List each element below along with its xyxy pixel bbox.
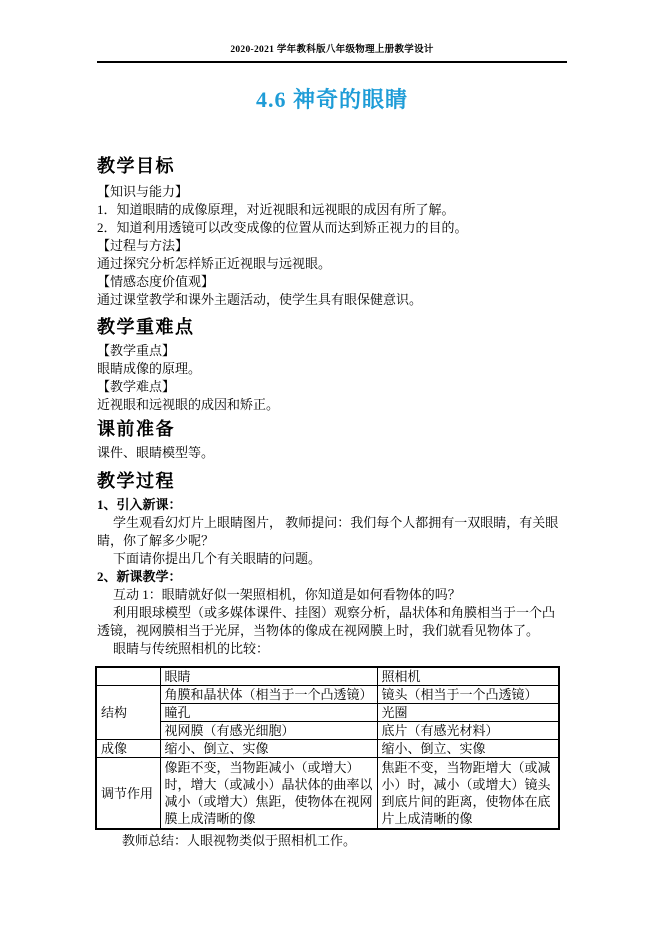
text-line: 眼睛与传统照相机的比较：: [97, 640, 567, 658]
table-cell: 光圈: [377, 704, 559, 722]
text-line: 【教学重点】: [97, 342, 567, 360]
text-line: 睛，你了解多少呢？: [97, 532, 567, 550]
table-cell: 瞳孔: [160, 704, 377, 722]
process-step-label: 2、新课教学：: [97, 568, 567, 586]
table-cell: 视网膜（有感光细胞）: [160, 722, 377, 740]
document-title: 4.6 神奇的眼睛: [97, 86, 567, 114]
text-line: 互动 1：眼睛就好似一架照相机，你知道是如何看物体的吗？: [97, 586, 567, 604]
table-cell: 底片（有感光材料）: [377, 722, 559, 740]
document-content: 2020-2021 学年教科版八年级物理上册教学设计 4.6 神奇的眼睛 教学目…: [97, 0, 567, 850]
text-line: 【过程与方法】: [97, 237, 567, 255]
table-cell: 镜头（相当于一个凸透镜）: [377, 686, 559, 704]
text-line: 利用眼球模型（或多媒体课件、挂图）观察分析，晶状体和角膜相当于一个凸: [97, 604, 567, 622]
text-line: 下面请你提出几个有关眼睛的问题。: [97, 550, 567, 568]
table-header-eye: 眼睛: [160, 667, 377, 686]
row-label-adjustment: 调节作用: [96, 758, 160, 830]
table-cell-empty: [96, 667, 160, 686]
row-label-imaging: 成像: [96, 740, 160, 758]
process-step-label: 1、引入新课：: [97, 496, 567, 514]
table-header-camera: 照相机: [377, 667, 559, 686]
table-cell: 角膜和晶状体（相当于一个凸透镜）: [160, 686, 377, 704]
text-line: 1．知道眼睛的成像原理，对近视眼和远视眼的成因有所了解。: [97, 201, 567, 219]
text-line: 【教学难点】: [97, 378, 567, 396]
table-header-row: 眼睛 照相机: [96, 667, 559, 686]
text-line: 【知识与能力】: [97, 183, 567, 201]
table-cell: 焦距不变，当物距增大（或减小）时，减小（或增大）镜头到底片间的距离，使物体在底片…: [377, 758, 559, 830]
page-header-text: 2020-2021 学年教科版八年级物理上册教学设计: [230, 45, 433, 55]
text-line: 通过探究分析怎样矫正近视眼与远视眼。: [97, 255, 567, 273]
text-line: 2．知道利用透镜可以改变成像的位置从而达到矫正视力的目的。: [97, 219, 567, 237]
table-row: 成像 缩小、倒立、实像 缩小、倒立、实像: [96, 740, 559, 758]
eye-camera-comparison-table: 眼睛 照相机 结构 角膜和晶状体（相当于一个凸透镜） 镜头（相当于一个凸透镜） …: [95, 666, 560, 830]
text-line: 通过课堂教学和课外主题活动，使学生具有眼保健意识。: [97, 291, 567, 309]
table-cell: 缩小、倒立、实像: [160, 740, 377, 758]
row-label-structure: 结构: [96, 686, 160, 740]
text-line: 透镜，视网膜相当于光屏，当物体的像成在视网膜上时，我们就看见物体了。: [97, 622, 567, 640]
table-row: 结构 角膜和晶状体（相当于一个凸透镜） 镜头（相当于一个凸透镜）: [96, 686, 559, 704]
section-heading-preparation: 课前准备: [97, 417, 567, 442]
text-line: 眼睛成像的原理。: [97, 360, 567, 378]
page-header: 2020-2021 学年教科版八年级物理上册教学设计: [97, 44, 567, 63]
teacher-summary: 教师总结：人眼视物类似于照相机工作。: [97, 832, 567, 850]
text-line: 【情感态度价值观】: [97, 273, 567, 291]
section-heading-key-points: 教学重难点: [97, 315, 567, 340]
text-line: 课件、眼睛模型等。: [97, 444, 567, 462]
table-row: 调节作用 像距不变，当物距减小（或增大）时，增大（或减小）晶状体的曲率以减小（或…: [96, 758, 559, 830]
text-line: 近视眼和远视眼的成因和矫正。: [97, 396, 567, 414]
text-line: 学生观看幻灯片上眼睛图片， 教师提问：我们每个人都拥有一双眼睛，有关眼: [97, 514, 567, 532]
table-row: 瞳孔 光圈: [96, 704, 559, 722]
section-heading-process: 教学过程: [97, 469, 567, 494]
table-row: 视网膜（有感光细胞） 底片（有感光材料）: [96, 722, 559, 740]
table-cell: 像距不变，当物距减小（或增大）时，增大（或减小）晶状体的曲率以减小（或增大）焦距…: [160, 758, 377, 830]
section-heading-objectives: 教学目标: [97, 154, 567, 179]
document-page: 2020-2021 学年教科版八年级物理上册教学设计 4.6 神奇的眼睛 教学目…: [0, 0, 661, 935]
table-cell: 缩小、倒立、实像: [377, 740, 559, 758]
